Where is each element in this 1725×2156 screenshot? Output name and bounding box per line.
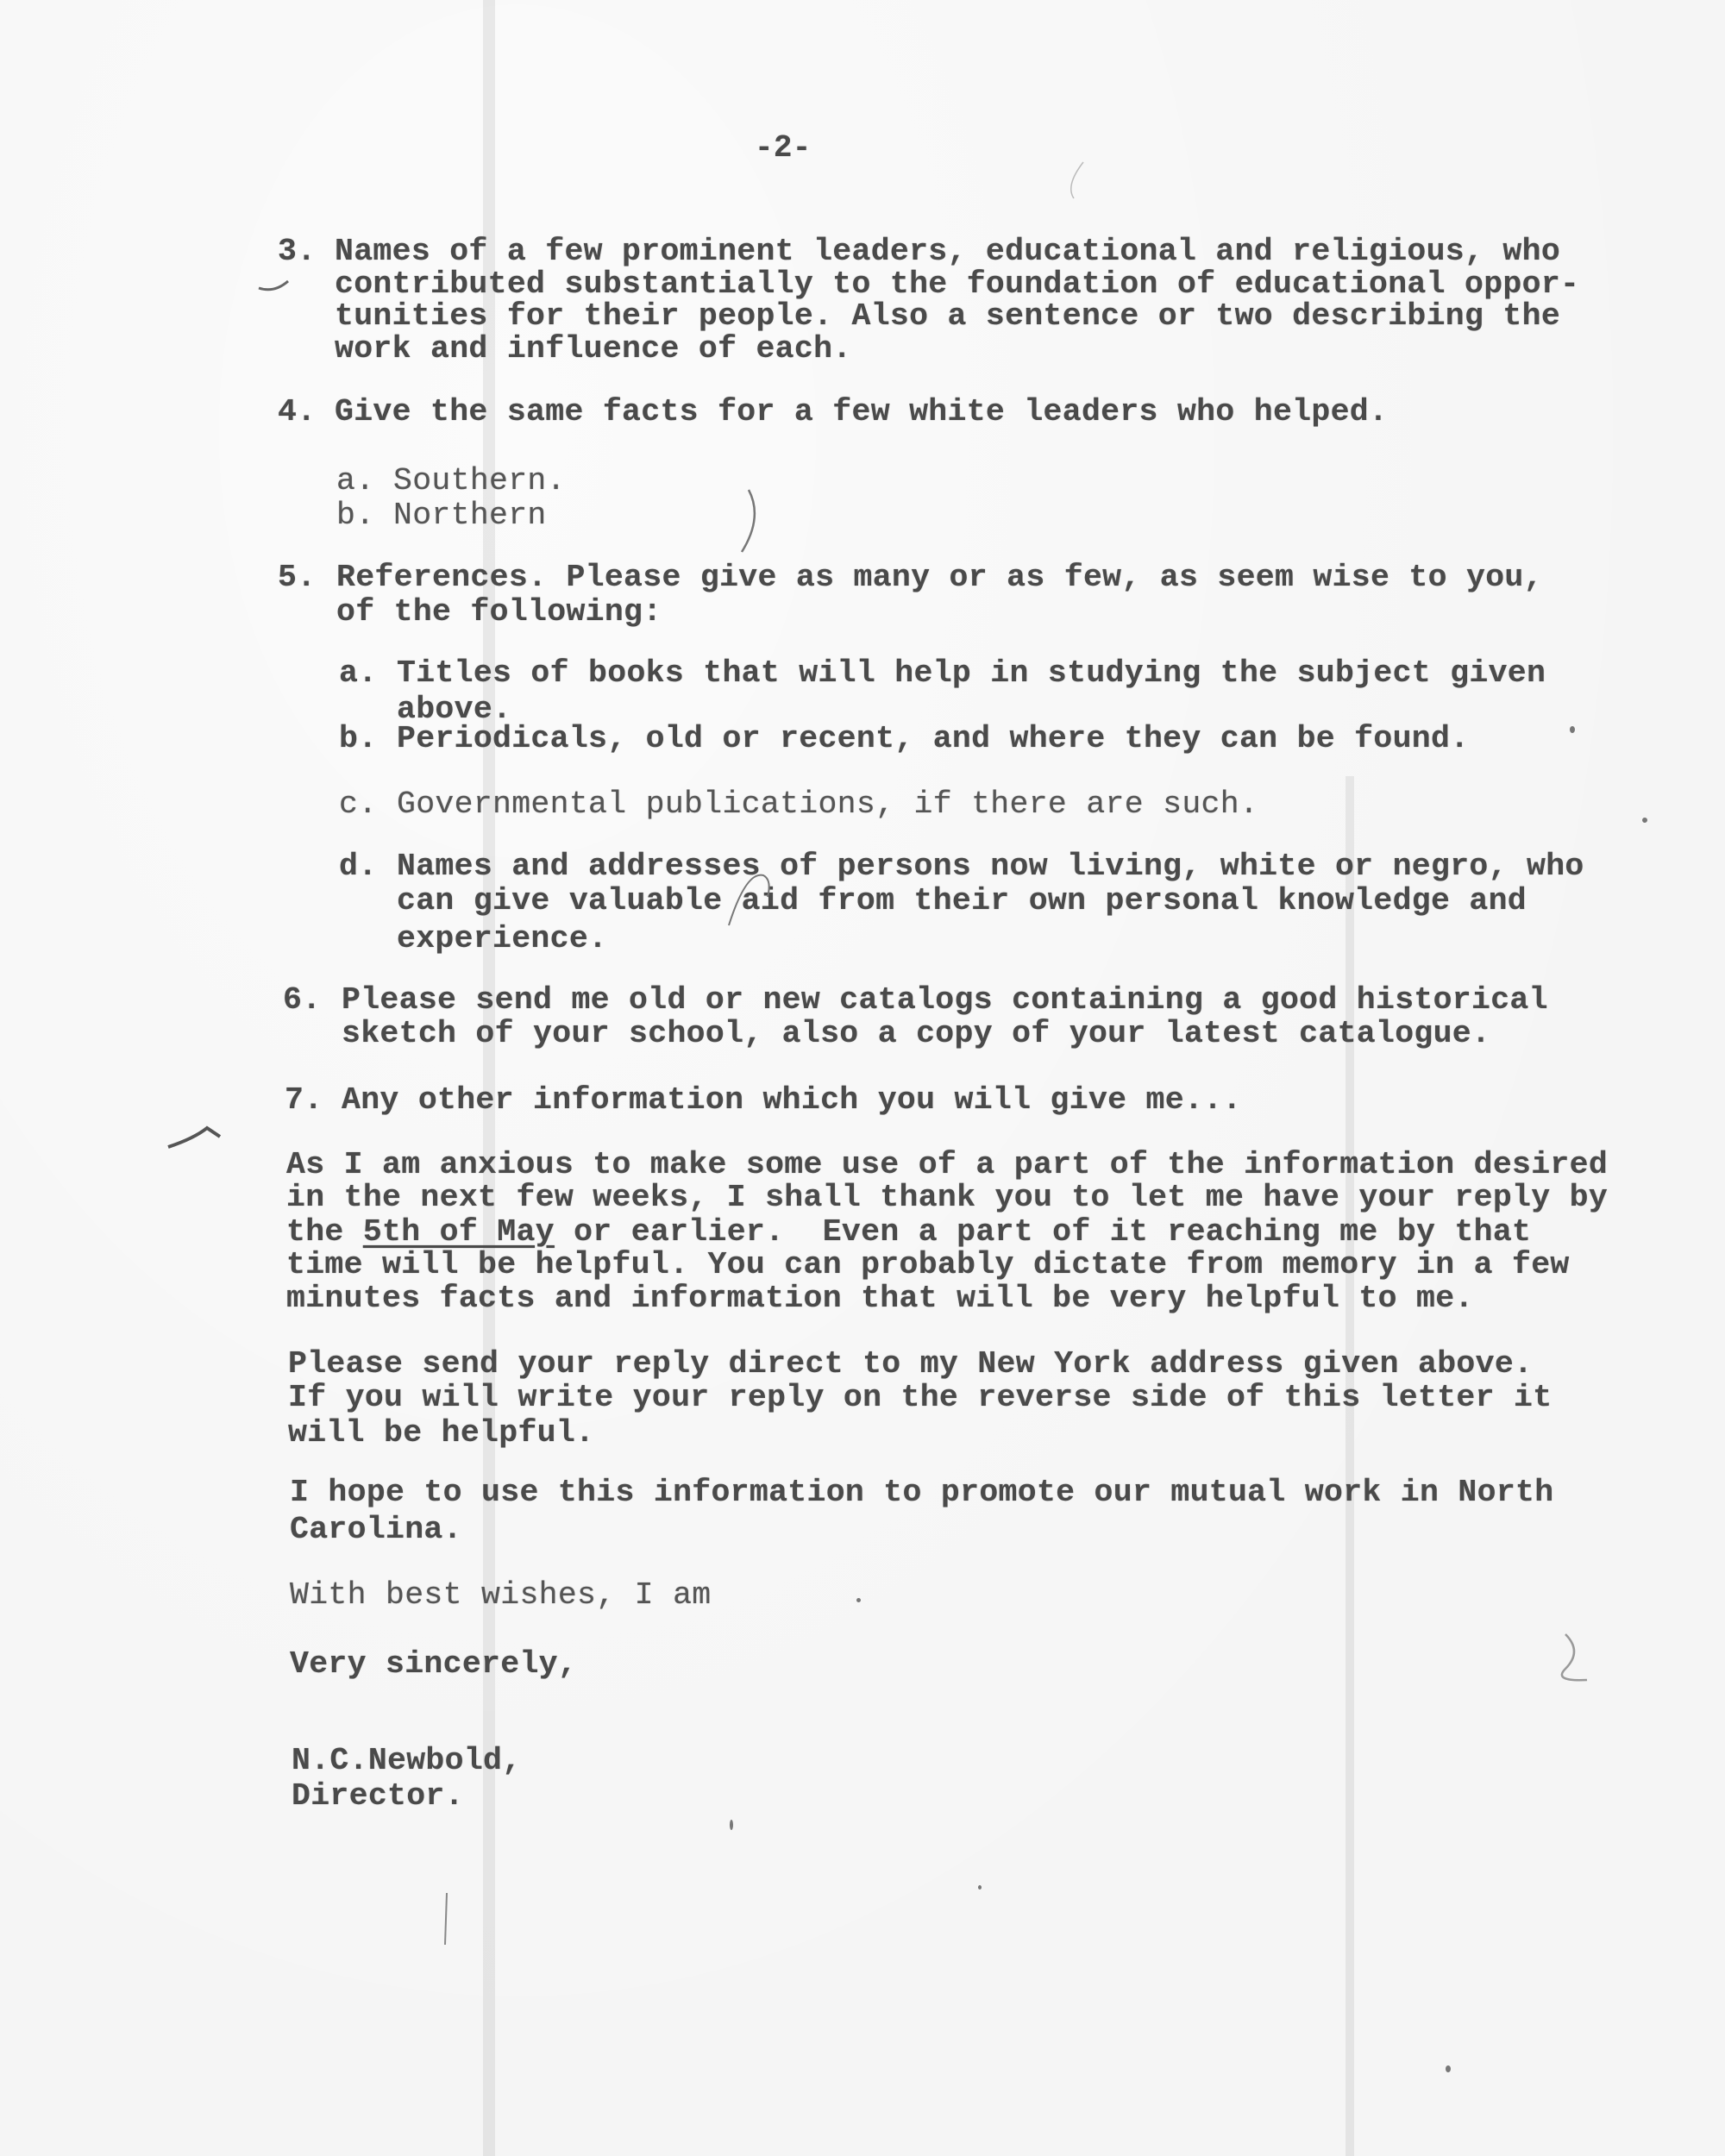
speck — [1642, 818, 1647, 823]
speck — [856, 1598, 861, 1602]
speck — [1446, 2065, 1451, 2072]
speck — [1570, 726, 1575, 733]
speck — [730, 1820, 733, 1830]
speck — [978, 1885, 982, 1890]
letter-page: -2- 3. Names of a few prominent leaders,… — [0, 0, 1725, 2156]
handwritten-marks — [0, 0, 1725, 2156]
